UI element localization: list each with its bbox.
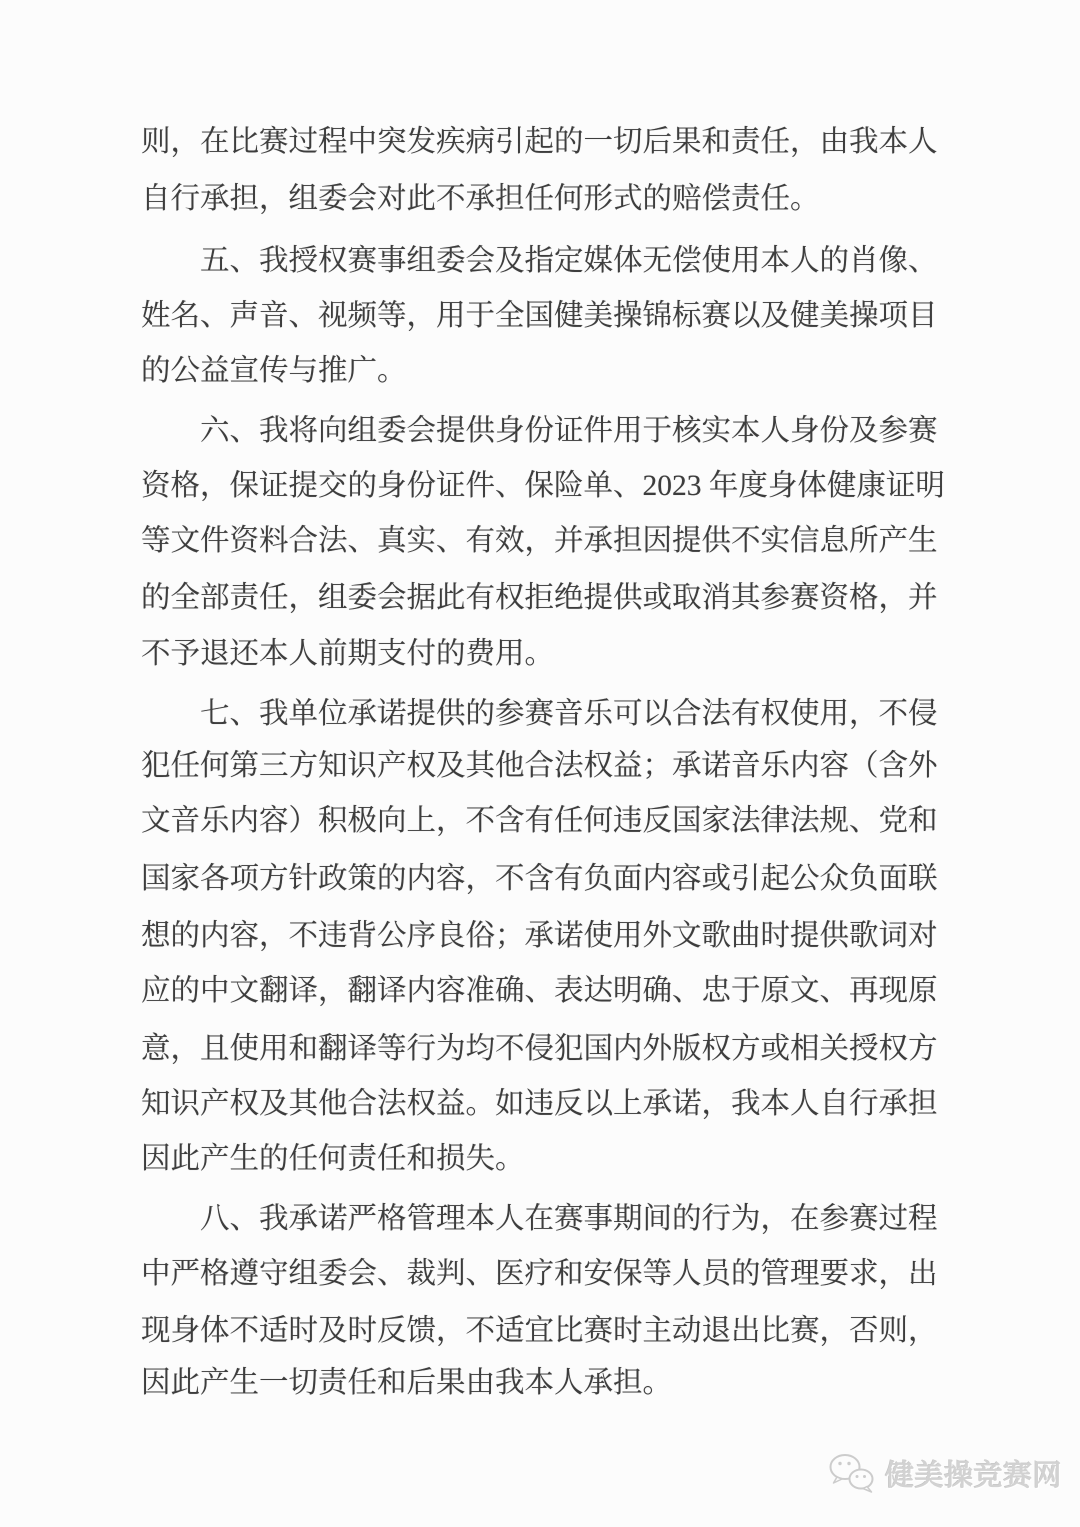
text-line: 想的内容，不违背公序良俗；承诺使用外文歌曲时提供歌词对 (141, 920, 938, 954)
watermark: 健美操竞赛网 (828, 1452, 1062, 1494)
text-line: 意，且使用和翻译等行为均不侵犯国内外版权方或相关授权方 (141, 1033, 938, 1067)
text-line: 姓名、声音、视频等，用于全国健美操锦标赛以及健美操项目 (141, 300, 938, 334)
text-line: 现身体不适时及时反馈，不适宜比赛时主动退出比赛，否则， (141, 1315, 938, 1349)
text-line: 国家各项方针政策的内容，不含有负面内容或引起公众负面联 (141, 863, 938, 897)
text-line: 知识产权及其他合法权益。如违反以上承诺，我本人自行承担 (141, 1088, 938, 1122)
text-line: 六、我将向组委会提供身份证件用于核实本人身份及参赛 (200, 415, 938, 449)
text-line: 应的中文翻译，翻译内容准确、表达明确、忠于原文、再现原 (141, 975, 938, 1009)
text-line: 资格，保证提交的身份证件、保险单、2023 年度身体健康证明 (141, 470, 945, 504)
text-line: 不予退还本人前期支付的费用。 (141, 638, 554, 672)
text-line: 五、我授权赛事组委会及指定媒体无偿使用本人的肖像、 (200, 245, 938, 279)
text-line: 的公益宣传与推广。 (141, 355, 407, 389)
text-line: 的全部责任，组委会据此有权拒绝提供或取消其参赛资格，并 (141, 582, 938, 616)
wechat-icon (828, 1452, 878, 1494)
text-line: 七、我单位承诺提供的参赛音乐可以合法有权使用，不侵 (200, 698, 938, 732)
text-line: 犯任何第三方知识产权及其他合法权益；承诺音乐内容（含外 (141, 750, 938, 784)
text-line: 因此产生的任何责任和损失。 (141, 1143, 525, 1177)
text-line: 中严格遵守组委会、裁判、医疗和安保等人员的管理要求，出 (141, 1258, 938, 1292)
document-page: 则，在比赛过程中突发疾病引起的一切后果和责任，由我本人 自行承担，组委会对此不承… (0, 0, 1080, 1527)
text-line: 文音乐内容）积极向上，不含有任何违反国家法律法规、党和 (141, 805, 938, 839)
text-line: 则，在比赛过程中突发疾病引起的一切后果和责任，由我本人 (141, 126, 938, 160)
text-line: 自行承担，组委会对此不承担任何形式的赔偿责任。 (141, 183, 820, 217)
watermark-label: 健美操竞赛网 (885, 1453, 1062, 1494)
text-line: 等文件资料合法、真实、有效，并承担因提供不实信息所产生 (141, 525, 938, 559)
text-line: 因此产生一切责任和后果由我本人承担。 (141, 1367, 672, 1401)
text-line: 八、我承诺严格管理本人在赛事期间的行为，在参赛过程 (200, 1203, 938, 1237)
